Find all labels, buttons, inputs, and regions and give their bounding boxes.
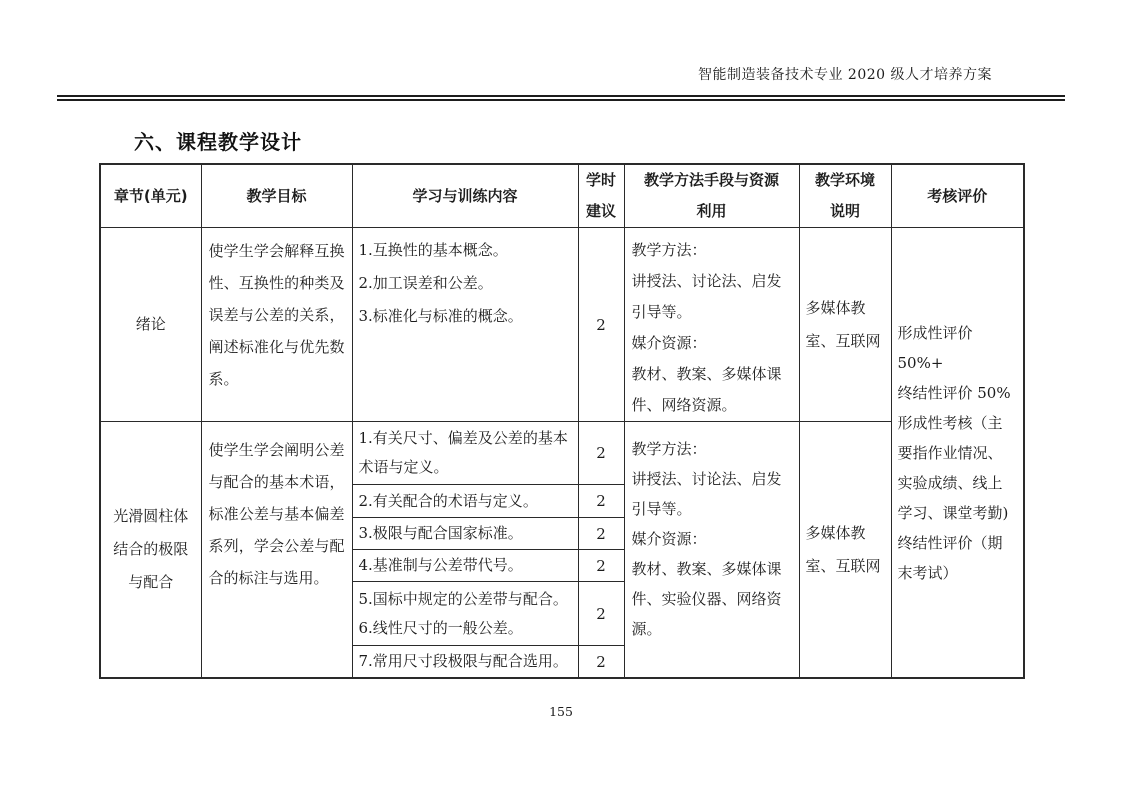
row2-hours-3: 2 [578,518,624,550]
header-cell-content: 学习与训练内容 [352,164,578,228]
row2-hours-1: 2 [578,422,624,485]
row2-content-item-3: 3.极限与配合国家标准。 [352,518,578,550]
row1-hours: 2 [578,228,624,422]
row1-chapter: 绪论 [100,228,201,422]
header-cell-chapter: 章节(单元) [100,164,201,228]
table-row: 光滑圆柱体结合的极限与配合 使学生学会阐明公差与配合的基本术语，标准公差与基本偏… [100,422,1024,485]
page-number: 155 [0,704,1122,719]
header-cell-methods: 教学方法手段与资源 利用 [624,164,799,228]
section-title: 六、课程教学设计 [134,126,302,155]
row2-methods: 教学方法： 讲授法、讨论法、启发引导等。 媒介资源： 教材、教案、多媒体课件、实… [624,422,799,679]
row2-content-item-6: 7.常用尺寸段极限与配合选用。 [352,646,578,679]
header-cell-assessment: 考核评价 [891,164,1024,228]
row2-hours-2: 2 [578,485,624,518]
row2-hours-6: 2 [578,646,624,679]
table-header-row: 章节(单元) 教学目标 学习与训练内容 学时 建议 教学方法手段与资源 利用 教… [100,164,1024,228]
header-cell-environment: 教学环境 说明 [799,164,891,228]
row1-methods: 教学方法： 讲授法、讨论法、启发引导等。 媒介资源： 教材、教案、多媒体课件、网… [624,228,799,422]
row2-hours-4: 2 [578,550,624,582]
row1-objective: 使学生学会解释互换性、互换性的种类及误差与公差的关系，阐述标准化与优先数系。 [201,228,352,422]
row2-content-item-2: 2.有关配合的术语与定义。 [352,485,578,518]
row2-chapter: 光滑圆柱体结合的极限与配合 [100,422,201,679]
row2-content-item-5: 5.国标中规定的公差带与配合。 6.线性尺寸的一般公差。 [352,582,578,646]
row1-content: 1.互换性的基本概念。 2.加工误差和公差。 3.标准化与标准的概念。 [352,228,578,422]
row2-chapter-text: 光滑圆柱体结合的极限与配合 [112,500,190,599]
row2-objective: 使学生学会阐明公差与配合的基本术语，标准公差与基本偏差系列，学会公差与配合的标注… [201,422,352,679]
document-page: 智能制造装备技术专业 2020 级人才培养方案 六、课程教学设计 章节(单元) … [0,0,1122,793]
course-design-table: 章节(单元) 教学目标 学习与训练内容 学时 建议 教学方法手段与资源 利用 教… [99,163,1025,679]
header-cell-hours: 学时 建议 [578,164,624,228]
row2-content-item-4: 4.基准制与公差带代号。 [352,550,578,582]
row2-content-item-1: 1.有关尺寸、偏差及公差的基本术语与定义。 [352,422,578,485]
running-header: 智能制造装备技术专业 2020 级人才培养方案 [698,64,992,84]
header-double-rule [57,95,1065,101]
row2-hours-5: 2 [578,582,624,646]
row2-environment: 多媒体教室、互联网 [799,422,891,679]
assessment-merged-cell: 形成性评价 50%+ 终结性评价 50% 形成性考核（主 要指作业情况、 实验成… [891,228,1024,679]
row1-environment: 多媒体教室、互联网 [799,228,891,422]
table-row: 绪论 使学生学会解释互换性、互换性的种类及误差与公差的关系，阐述标准化与优先数系… [100,228,1024,422]
header-cell-objective: 教学目标 [201,164,352,228]
